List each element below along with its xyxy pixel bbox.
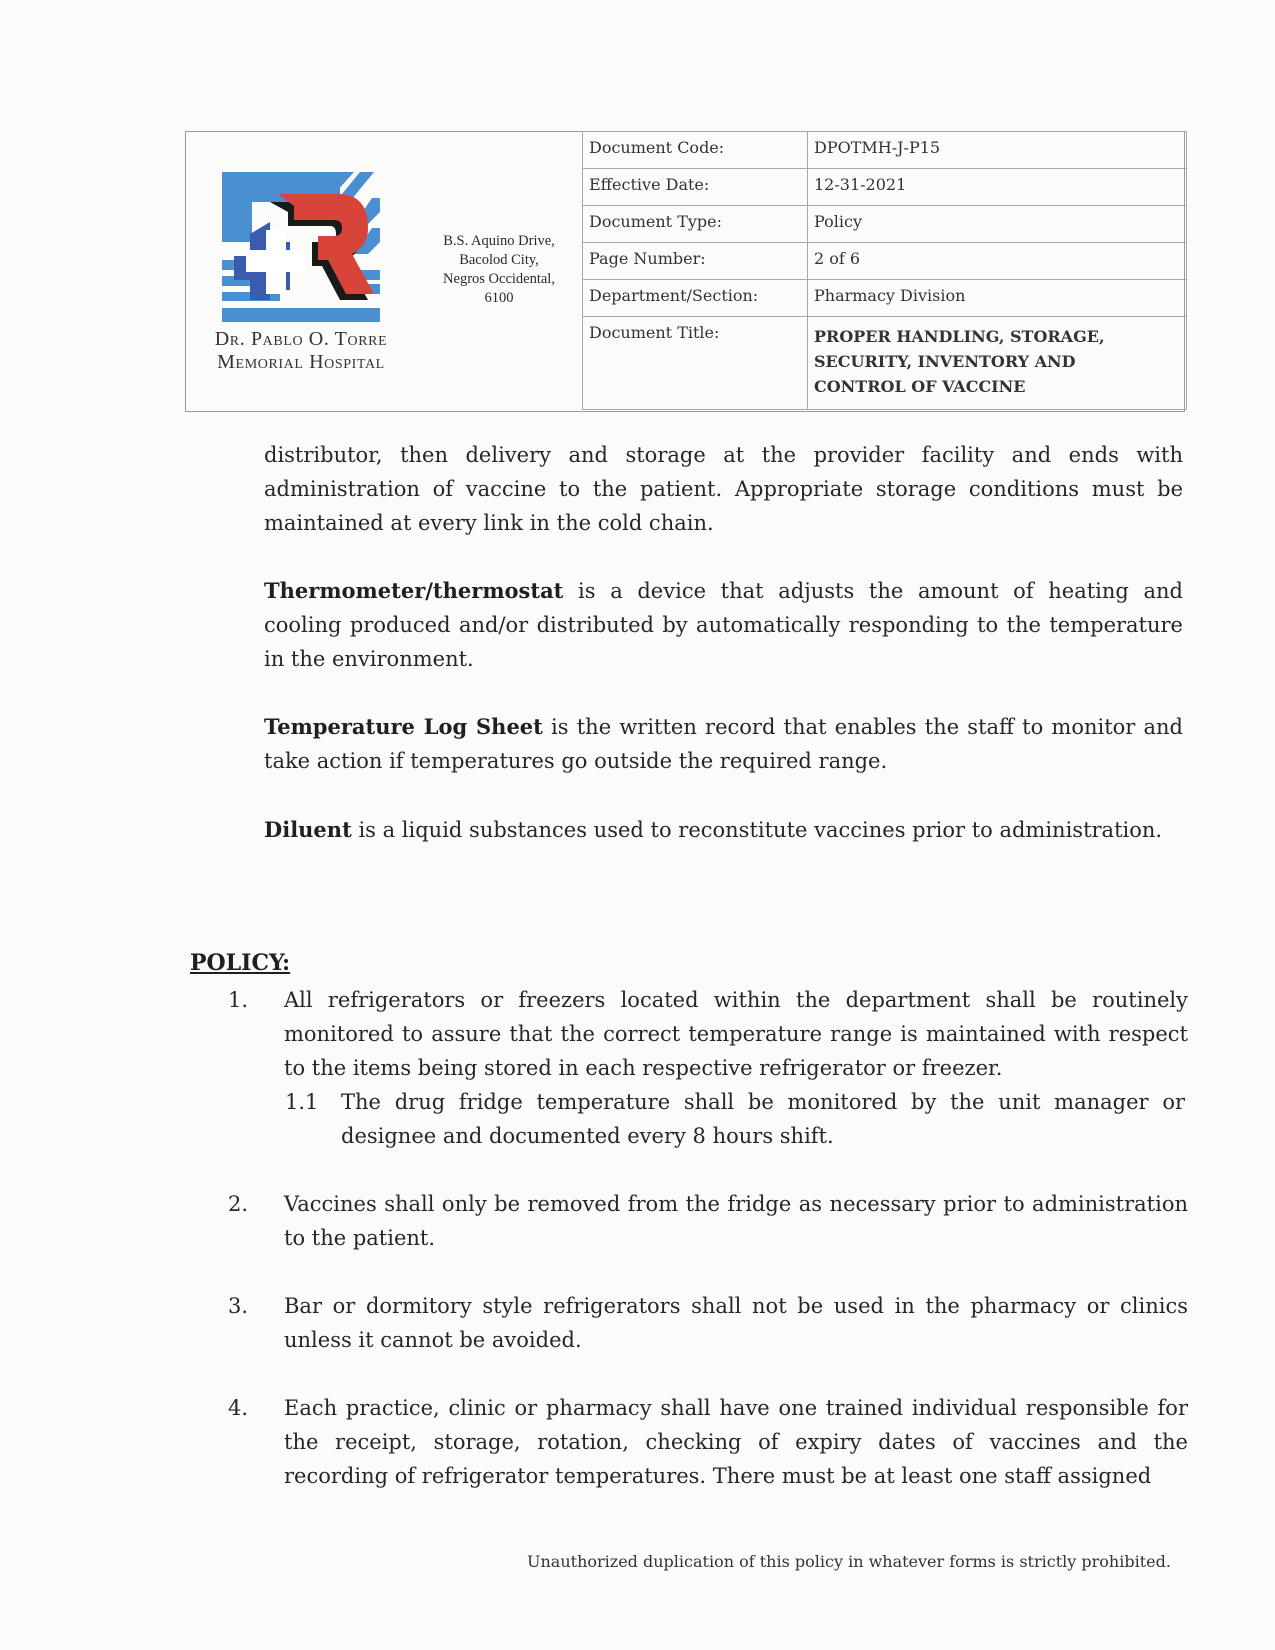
title-line: CONTROL OF VACCINE [814, 374, 1180, 399]
policy-subitem-text: The drug fridge temperature shall be mon… [341, 1085, 1185, 1153]
address-line: 6100 [414, 289, 584, 308]
policy-item-3: 3. Bar or dormitory style refrigerators … [228, 1289, 1188, 1357]
meta-label: Page Number: [583, 243, 808, 280]
meta-value: DPOTMH-J-P15 [808, 132, 1187, 169]
meta-row-effective-date: Effective Date: 12-31-2021 [583, 169, 1187, 206]
hospital-address: B.S. Aquino Drive, Bacolod City, Negros … [414, 232, 584, 308]
definition-text: distributor, then delivery and storage a… [264, 443, 1183, 535]
hospital-name: Dr. Pablo O. Torre Memorial Hospital [186, 328, 416, 374]
hospital-name-line1: Dr. Pablo O. Torre [186, 328, 416, 351]
definition-term: Diluent [264, 817, 352, 842]
meta-row-document-title: Document Title: PROPER HANDLING, STORAGE… [583, 317, 1187, 410]
meta-value: 12-31-2021 [808, 169, 1187, 206]
hospital-name-line2: Memorial Hospital [186, 351, 416, 374]
policy-subitem-1-1: 1.1 The drug fridge temperature shall be… [285, 1085, 1185, 1153]
policy-item-text: Bar or dormitory style refrigerators sha… [284, 1289, 1188, 1357]
meta-row-department: Department/Section: Pharmacy Division [583, 280, 1187, 317]
policy-subitem-number: 1.1 [285, 1085, 341, 1119]
title-line: PROPER HANDLING, STORAGE, [814, 324, 1180, 349]
policy-item-number: 2. [228, 1187, 268, 1221]
definition-term: Temperature Log Sheet [264, 714, 543, 739]
meta-label: Document Title: [583, 317, 808, 410]
policy-item-number: 1. [228, 983, 268, 1017]
meta-label: Document Code: [583, 132, 808, 169]
logo-area: Dr. Pablo O. Torre Memorial Hospital B.S… [186, 132, 582, 411]
definition-temperature-log: Temperature Log Sheet is the written rec… [264, 710, 1183, 778]
policy-heading: POLICY: [190, 950, 290, 976]
hospital-logo-icon [222, 172, 380, 324]
address-line: Negros Occidental, [414, 270, 584, 289]
policy-item-text: Each practice, clinic or pharmacy shall … [284, 1391, 1188, 1493]
definition-thermometer: Thermometer/thermostat is a device that … [264, 574, 1183, 676]
policy-item-number: 3. [228, 1289, 268, 1323]
document-header: Dr. Pablo O. Torre Memorial Hospital B.S… [185, 131, 1185, 412]
document-title: PROPER HANDLING, STORAGE, SECURITY, INVE… [808, 317, 1187, 410]
address-line: Bacolod City, [414, 251, 584, 270]
policy-item-number: 4. [228, 1391, 268, 1425]
definition-diluent: Diluent is a liquid substances used to r… [264, 813, 1183, 847]
meta-label: Document Type: [583, 206, 808, 243]
definition-term: Thermometer/thermostat [264, 578, 563, 603]
policy-item-text: All refrigerators or freezers located wi… [284, 983, 1188, 1085]
address-line: B.S. Aquino Drive, [414, 232, 584, 251]
meta-value: Policy [808, 206, 1187, 243]
meta-value: Pharmacy Division [808, 280, 1187, 317]
title-line: SECURITY, INVENTORY AND [814, 349, 1180, 374]
document-meta-table: Document Code: DPOTMH-J-P15 Effective Da… [582, 131, 1187, 410]
meta-label: Effective Date: [583, 169, 808, 206]
meta-row-document-type: Document Type: Policy [583, 206, 1187, 243]
definition-continued: distributor, then delivery and storage a… [264, 438, 1183, 540]
meta-row-page-number: Page Number: 2 of 6 [583, 243, 1187, 280]
definition-text: is a liquid substances used to reconstit… [352, 818, 1162, 842]
meta-row-document-code: Document Code: DPOTMH-J-P15 [583, 132, 1187, 169]
meta-label: Department/Section: [583, 280, 808, 317]
meta-value: 2 of 6 [808, 243, 1187, 280]
policy-item-2: 2. Vaccines shall only be removed from t… [228, 1187, 1188, 1255]
footer-notice: Unauthorized duplication of this policy … [527, 1552, 1171, 1571]
policy-item-1: 1. All refrigerators or freezers located… [228, 983, 1188, 1085]
policy-item-text: Vaccines shall only be removed from the … [284, 1187, 1188, 1255]
policy-item-4: 4. Each practice, clinic or pharmacy sha… [228, 1391, 1188, 1493]
